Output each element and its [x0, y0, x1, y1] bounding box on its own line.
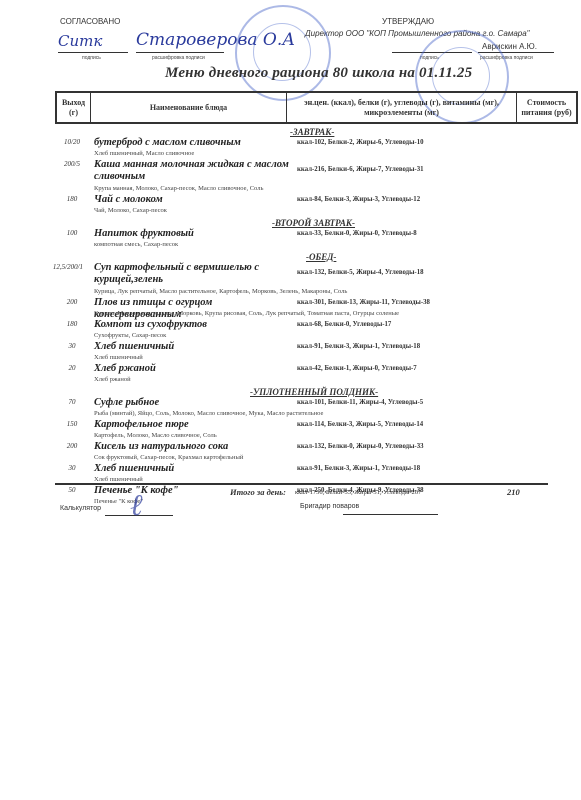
- row-yield: 20: [52, 365, 92, 373]
- row-yield: 200: [52, 299, 92, 307]
- row-ingredients: Хлеб пшеничный: [94, 354, 143, 361]
- row-dish-name: Кисель из натурального сока: [94, 441, 294, 453]
- signature-line-left: [58, 52, 128, 53]
- row-ingredients: Рыба (минтай), Яйцо, Соль, Молоко, Масло…: [94, 410, 323, 417]
- total-value: ккал-1756, Белки-55, Жиры-51, Углеводы-2…: [295, 489, 421, 496]
- section-title: -ОБЕД-: [306, 252, 336, 262]
- row-dish-name: бутерброд с маслом сливочным: [94, 137, 294, 149]
- row-nutrition: ккал-33, Белки-0, Жиры-0, Углеводы-8: [297, 230, 417, 237]
- row-nutrition: ккал-132, Белки-5, Жиры-4, Углеводы-18: [297, 269, 424, 276]
- calculator-label: Калькулятор: [60, 505, 101, 512]
- row-dish-name: Каша манная молочная жидкая с маслом сли…: [94, 159, 294, 183]
- row-nutrition: ккал-301, Белки-13, Жиры-11, Углеводы-38: [297, 299, 430, 306]
- row-ingredients: Сок фруктовый, Сахар-песок, Крахмал карт…: [94, 454, 243, 461]
- total-divider: [55, 483, 548, 485]
- row-yield: 100: [52, 230, 92, 238]
- row-yield: 30: [52, 465, 92, 473]
- total-label: Итого за день:: [230, 487, 286, 497]
- row-yield: 30: [52, 343, 92, 351]
- row-ingredients: Хлеб пшеничный: [94, 476, 143, 483]
- row-dish-name: Чай с молоком: [94, 194, 294, 206]
- stamp-left: [235, 5, 331, 101]
- chef-signature-line: [343, 514, 438, 515]
- row-nutrition: ккал-102, Белки-2, Жиры-6, Углеводы-10: [297, 139, 424, 146]
- row-dish-name: Хлеб пшеничный: [94, 463, 294, 475]
- row-yield: 200/5: [52, 161, 92, 169]
- row-nutrition: ккал-68, Белки-0, Углеводы-17: [297, 321, 391, 328]
- table-header: Выход (г) Наименование блюда эн.цен. (кк…: [55, 91, 578, 124]
- signature-left: Ситк: [58, 32, 102, 50]
- column-yield: Выход (г): [57, 93, 91, 122]
- column-nutrition: эн.цен. (ккал), белки (г), углеводы (г),…: [287, 93, 517, 122]
- signature-caption-left: подпись: [82, 55, 101, 61]
- row-ingredients: Хлеб ржаной: [94, 376, 131, 383]
- row-nutrition: ккал-132, Белки-0, Жиры-0, Углеводы-33: [297, 443, 424, 450]
- row-nutrition: ккал-91, Белки-3, Жиры-1, Углеводы-18: [297, 465, 420, 472]
- row-ingredients: Курица, Лук репчатый, Масло растительное…: [94, 288, 347, 295]
- row-dish-name: Хлеб пшеничный: [94, 341, 294, 353]
- page-title: Меню дневного рациона 80 школа на 01.11.…: [165, 65, 472, 82]
- row-ingredients: Крупа манная, Молоко, Сахар-песок, Масло…: [94, 185, 263, 192]
- column-cost: Стоимость питания (руб): [517, 93, 576, 122]
- row-dish-name: Суп картофельный с вермишелью с курицей,…: [94, 262, 294, 286]
- section-title: -УПЛОТНЕННЫЙ ПОЛДНИК-: [250, 387, 378, 397]
- row-yield: 180: [52, 196, 92, 204]
- chef-label: Бригадир поваров: [300, 503, 359, 510]
- row-dish-name: Суфле рыбное: [94, 397, 294, 409]
- row-nutrition: ккал-91, Белки-3, Жиры-1, Углеводы-18: [297, 343, 420, 350]
- decode-line-left: [136, 52, 224, 53]
- row-ingredients: Сухофрукты, Сахар-песок: [94, 332, 166, 339]
- total-cost: 210: [507, 487, 520, 497]
- row-yield: 10/20: [52, 139, 92, 147]
- row-dish-name: Картофельное пюре: [94, 419, 294, 431]
- director-position: Директор ООО "КОП Промышленного района г…: [305, 29, 530, 38]
- row-nutrition: ккал-101, Белки-11, Жиры-4, Углеводы-5: [297, 399, 423, 406]
- row-ingredients: Чай, Молоко, Сахар-песок: [94, 207, 167, 214]
- section-title: -ЗАВТРАК-: [290, 127, 334, 137]
- row-nutrition: ккал-84, Белки-3, Жиры-3, Углеводы-12: [297, 196, 420, 203]
- row-ingredients: компотная смесь, Сахар-песок: [94, 241, 178, 248]
- row-nutrition: ккал-114, Белки-3, Жиры-5, Углеводы-14: [297, 421, 423, 428]
- column-dish-name: Наименование блюда: [91, 93, 287, 122]
- row-ingredients: Курица, Масло растительное, Морковь, Кру…: [94, 310, 399, 317]
- row-yield: 200: [52, 443, 92, 451]
- decode-caption-left: расшифровка подписи: [152, 55, 205, 61]
- row-dish-name: Напиток фруктовый: [94, 228, 294, 240]
- row-nutrition: ккал-216, Белки-6, Жиры-7, Углеводы-31: [297, 166, 424, 173]
- row-ingredients: Хлеб пшеничный, Масло сливочное: [94, 150, 194, 157]
- row-dish-name: Компот из сухофруктов: [94, 319, 294, 331]
- row-yield: 70: [52, 399, 92, 407]
- section-title: -ВТОРОЙ ЗАВТРАК-: [272, 218, 355, 228]
- approved-label: СОГЛАСОВАНО: [60, 17, 120, 26]
- row-yield: 50: [52, 487, 92, 495]
- row-yield: 180: [52, 321, 92, 329]
- row-yield: 150: [52, 421, 92, 429]
- approve-label: УТВЕРЖДАЮ: [382, 17, 434, 26]
- row-ingredients: Картофель, Молоко, Масло сливочное, Соль: [94, 432, 217, 439]
- row-yield: 12,5/200/1: [46, 264, 90, 272]
- calculator-signature: ℓ: [130, 488, 143, 523]
- row-dish-name: Хлеб ржаной: [94, 363, 294, 375]
- row-nutrition: ккал-42, Белки-1, Жиры-0, Углеводы-7: [297, 365, 417, 372]
